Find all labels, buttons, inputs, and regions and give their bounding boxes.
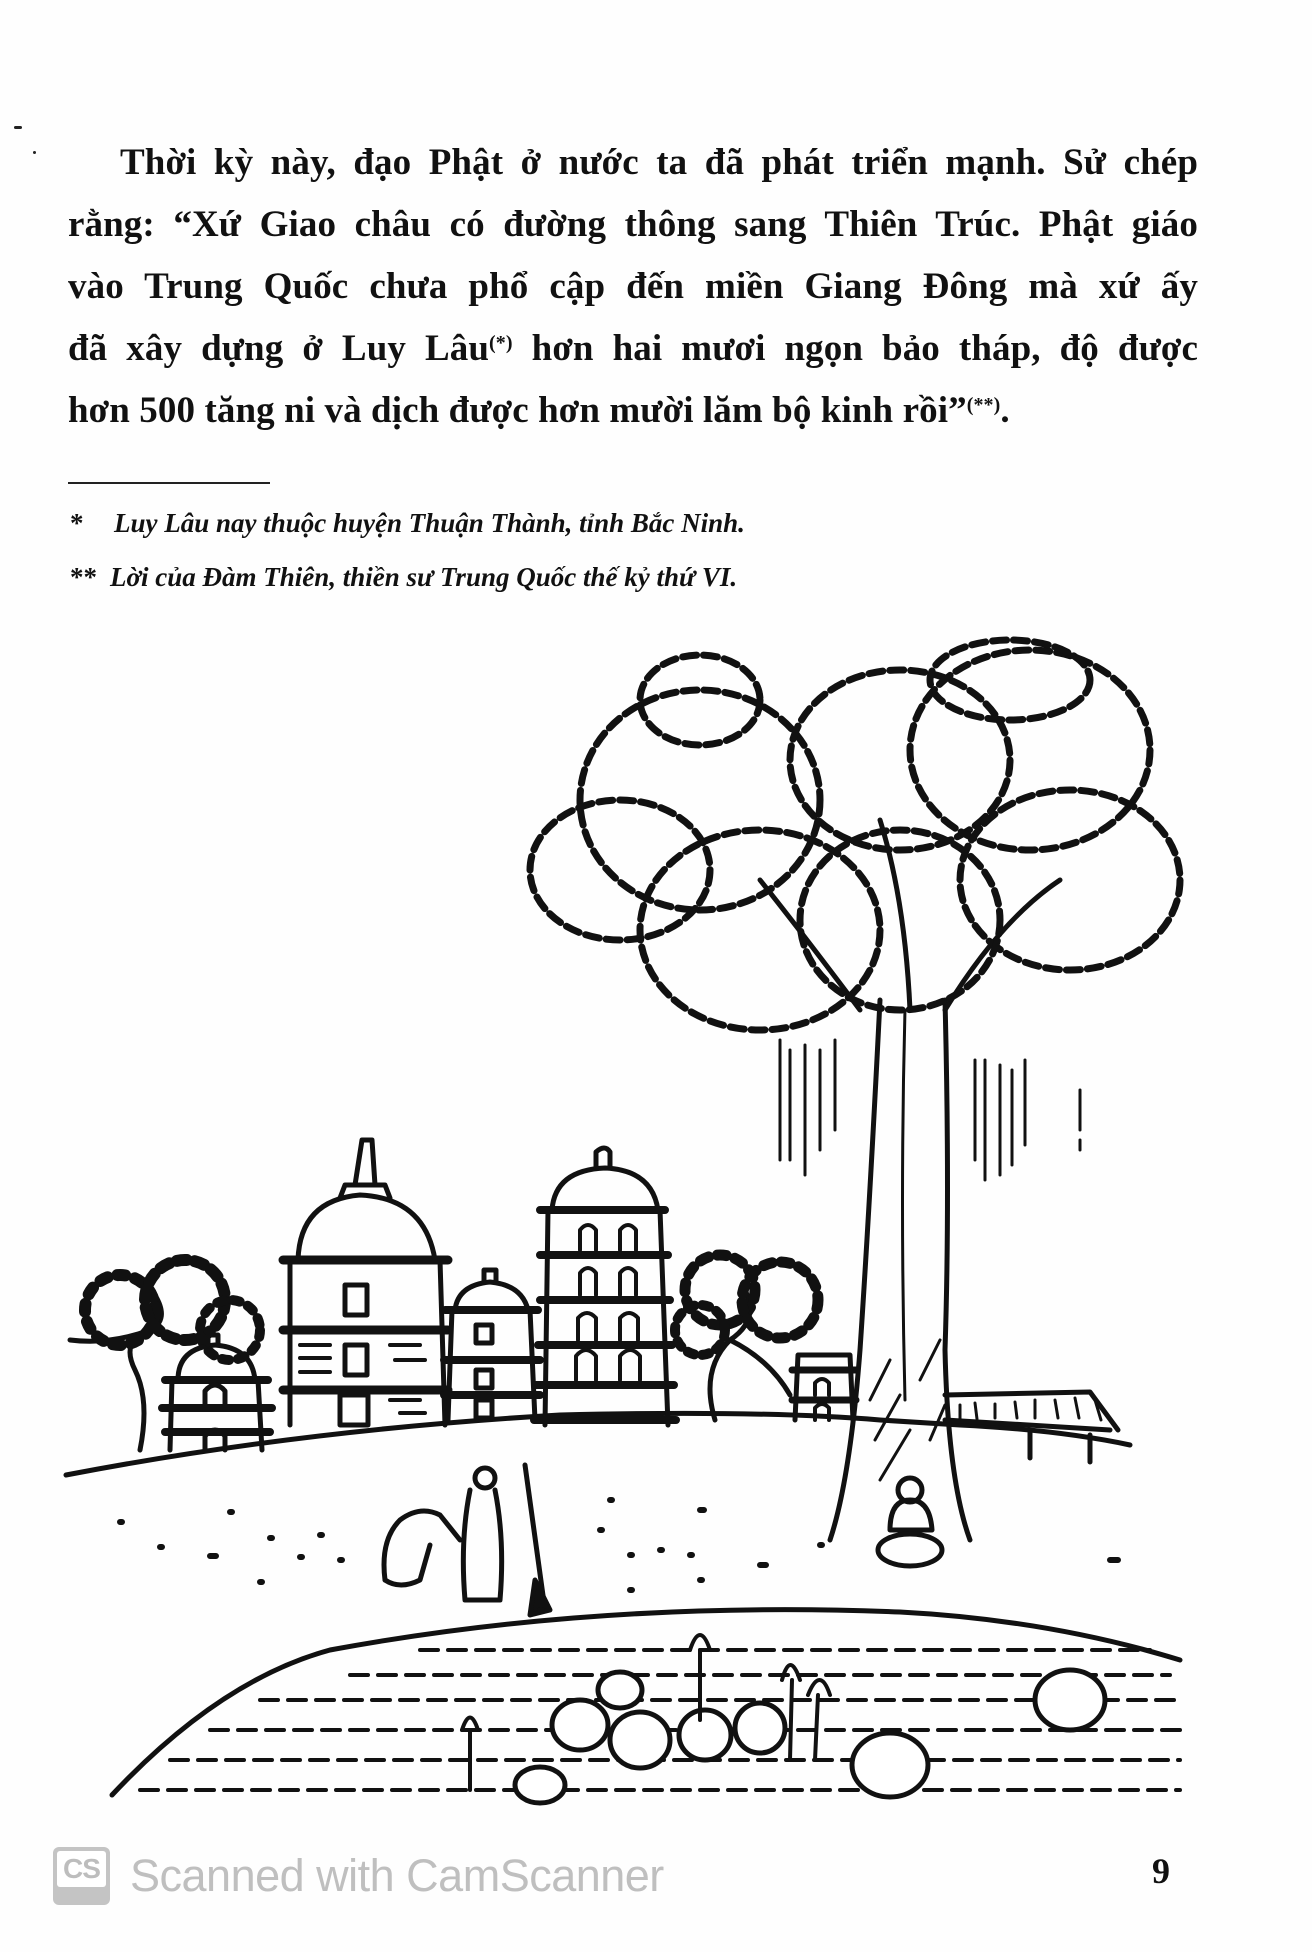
pagoda-large-dome [283, 1140, 448, 1425]
sweeping-monks [384, 1465, 550, 1615]
paragraph-line-3: vào Trung Quốc chưa phổ cập đến miền Gia… [68, 256, 1198, 318]
scattered-leaves [120, 1500, 1118, 1610]
pagoda-small-right [792, 1355, 856, 1420]
footnote-ref-1[interactable]: (*) [489, 332, 513, 354]
paragraph-line-2: rằng: “Xứ Giao châu có đường thông sang … [68, 194, 1198, 256]
line-5-part-b: . [1000, 390, 1009, 431]
paragraph-line-1: Thời kỳ này, đạo Phật ở nước ta đã phát … [68, 132, 1198, 194]
footnote-ref-2[interactable]: (**) [967, 394, 1001, 416]
lotus-pond [112, 1610, 1180, 1803]
paragraph-line-5: hơn 500 tăng ni và dịch được hơn mười lă… [68, 380, 1198, 442]
camscanner-watermark: CS Scanned with CamScanner [53, 1846, 664, 1906]
scan-speck [14, 126, 22, 129]
footnote-2: **Lời của Đàm Thiên, thiền sư Trung Quốc… [70, 550, 745, 604]
line-5-part-a: hơn 500 tăng ni và dịch được hơn mười lă… [68, 390, 967, 431]
scan-speck [33, 151, 36, 154]
watermark-text: Scanned with CamScanner [130, 1850, 664, 1902]
line-4-part-b: hơn hai mươi ngọn bảo tháp, độ được [513, 328, 1198, 369]
meditating-monk [878, 1478, 942, 1566]
pagoda-small-middle [444, 1270, 540, 1420]
tree-canopy [530, 640, 1180, 1030]
footnote-separator [68, 482, 270, 484]
big-tree-trunk [760, 820, 1060, 1540]
temple-tree-illustration [0, 620, 1312, 1820]
footnotes: *Luy Lâu nay thuộc huyện Thuận Thành, tỉ… [70, 496, 745, 604]
footnote-text: Luy Lâu nay thuộc huyện Thuận Thành, tỉn… [114, 508, 745, 538]
pagoda-tall-tower [534, 1148, 676, 1425]
aerial-roots [780, 1040, 1080, 1180]
paragraph-line-4: đã xây dựng ở Luy Lâu(*) hơn hai mươi ng… [68, 318, 1198, 380]
footnote-1: *Luy Lâu nay thuộc huyện Thuận Thành, tỉ… [70, 496, 745, 550]
footnote-mark: * [70, 496, 114, 550]
scanned-book-page: Thời kỳ này, đạo Phật ở nước ta đã phát … [0, 0, 1312, 1952]
left-tree [70, 1260, 260, 1450]
footnote-mark: ** [70, 550, 110, 604]
footnote-text: Lời của Đàm Thiên, thiền sư Trung Quốc t… [110, 562, 737, 592]
line-4-part-a: đã xây dựng ở Luy Lâu [68, 328, 489, 369]
page-number: 9 [1152, 1850, 1170, 1892]
camscanner-logo-icon: CS [53, 1847, 110, 1905]
main-paragraph: Thời kỳ này, đạo Phật ở nước ta đã phát … [68, 132, 1198, 442]
